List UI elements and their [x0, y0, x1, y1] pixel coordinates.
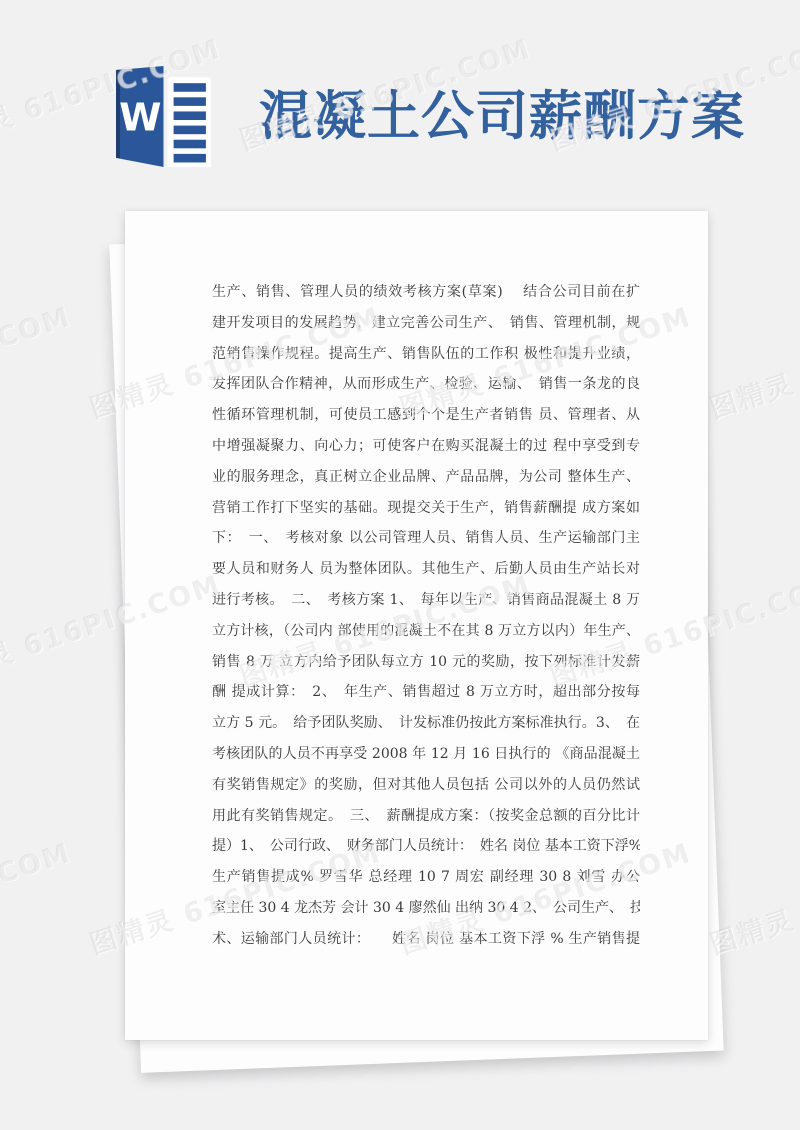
watermark-text: 图精灵 616PIC.COM: [0, 295, 75, 426]
word-icon-letter: W: [119, 95, 161, 140]
doc-line: 室主任 30 4 龙杰芳 会计 30 4 廖然仙 出纳 30 4 2、 公司生产…: [212, 893, 640, 924]
doc-line: 考核团队的人员不再享受 2008 年 12 月 16 日执行的 《商品混凝土: [212, 739, 640, 770]
word-icon: W: [113, 66, 214, 167]
doc-line: 生产销售提成% 罗雪华 总经理 10 7 周宏 副经理 30 8 刘雪 办公: [212, 862, 640, 893]
doc-line: 立方 5 元。 给予团队奖励、 计发标准仍按此方案标准执行。3、 在: [212, 708, 640, 739]
doc-line: 生产、销售、管理人员的绩效考核方案(草案) 结合公司目前在扩: [212, 277, 640, 308]
watermark-text: 图精灵 616PIC.COM: [0, 831, 75, 962]
doc-line: 术、运输部门人员统计： 姓名 岗位 基本工资下浮 % 生产销售提: [212, 924, 640, 955]
doc-line: 营销工作打下坚实的基础。现提交关于生产，销售薪酬提 成方案如: [212, 493, 640, 524]
doc-line: 性循环管理机制，可使员工感到个个是生产者销售 员、管理者、从: [212, 400, 640, 431]
doc-line: 建开发项目的发展趋势，建立完善公司生产、 销售、管理机制，规: [212, 308, 640, 339]
header: W 混凝土公司薪酬方案: [113, 62, 745, 170]
doc-line: 范销售操作规程。提高生产、销售队伍的工作积 极性和提升业绩，: [212, 339, 640, 370]
doc-line: 进行考核。 二、 考核方案 1、 每年以生产、销售商品混凝土 8 万: [212, 585, 640, 616]
watermark-text: 图精灵 616PIC.COM: [704, 295, 800, 426]
doc-line: 酬 提成计算： 2、 年生产、销售超过 8 万立方时，超出部分按每: [212, 677, 640, 708]
doc-line: 用此有奖销售规定。 三、 薪酬提成方案：（按奖金总额的百分比计: [212, 801, 640, 832]
preview-canvas: W 混凝土公司薪酬方案 生产、销售、管理人员的绩效考核方案(草案) 结合公司目前…: [0, 0, 800, 1130]
page-title: 混凝土公司薪酬方案: [259, 90, 745, 143]
doc-line: 中增强凝聚力、向心力；可使客户在购买混凝土的过 程中享受到专: [212, 431, 640, 462]
doc-line: 发挥团队合作精神，从而形成生产、检验、运输、 销售一条龙的良: [212, 369, 640, 400]
doc-line: 下： 一、 考核对象 以公司管理人员、销售人员、生产运输部门主: [212, 523, 640, 554]
doc-line: 提）1、 公司行政、 财务部门人员统计： 姓名 岗位 基本工资下浮%: [212, 831, 640, 862]
doc-line: 立方计核，（公司内 部使用的混凝土不在其 8 万立方以内）年生产、: [212, 616, 640, 647]
document-text: 生产、销售、管理人员的绩效考核方案(草案) 结合公司目前在扩建开发项目的发展趋势…: [125, 211, 708, 955]
document-page: 生产、销售、管理人员的绩效考核方案(草案) 结合公司目前在扩建开发项目的发展趋势…: [125, 211, 708, 1040]
doc-line: 销售 8 万 立方内给予团队每立方 10 元的奖励，按下列标准计发薪: [212, 647, 640, 678]
doc-line: 要人员和财务人 员为整体团队。其他生产、后勤人员由生产站长对: [212, 554, 640, 585]
doc-line: 业的服务理念，真正树立企业品牌、产品品牌，为公司 整体生产、: [212, 462, 640, 493]
doc-line: 有奖销售规定》的奖励，但对其他人员包括 公司以外的人员仍然试: [212, 770, 640, 801]
